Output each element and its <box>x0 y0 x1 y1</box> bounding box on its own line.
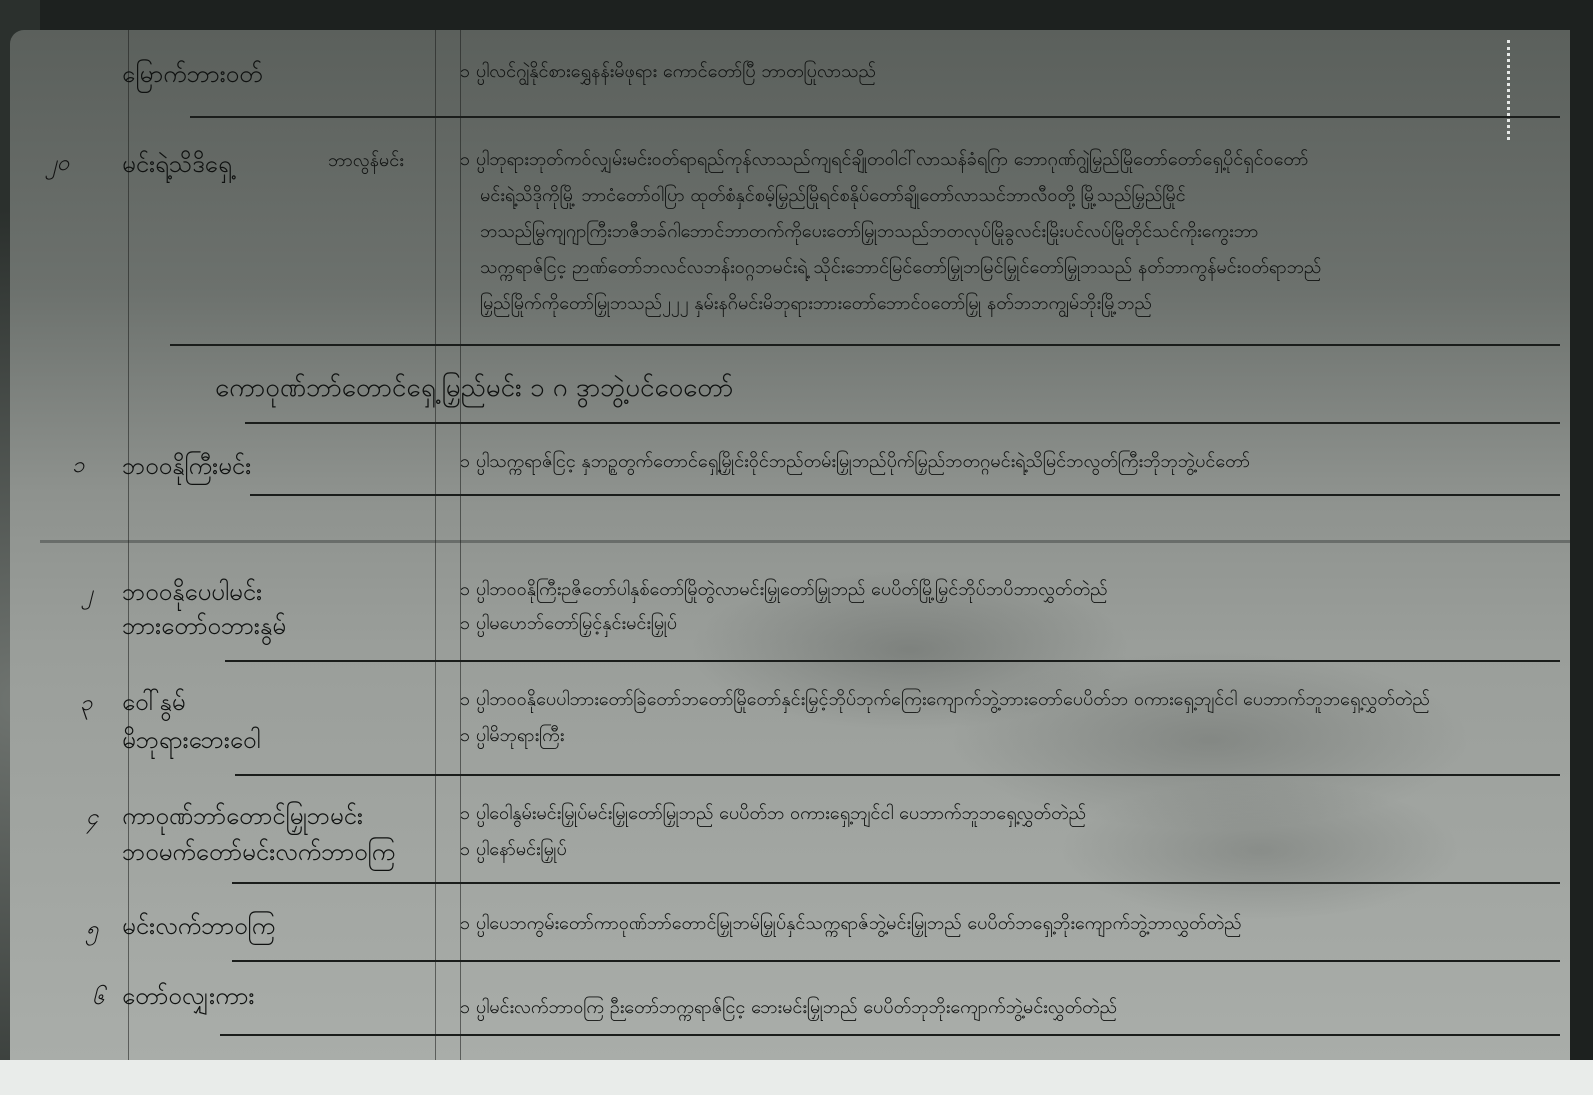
photo-border-bottom <box>0 1060 1593 1095</box>
entry-detail: သက္ကရာဇ်ငြင့ ဉာဏ်တော်ဘလင်လဘန်းဝဂ္ဂဘမင်းရ… <box>480 250 1321 286</box>
entry-detail: ၁ ပ္ပါဝေါနွမ်းမင်းမြှုပ်မင်းမြှုတော်မြှု… <box>460 796 1086 832</box>
entry-name: ဝေါ်နွမ် <box>122 686 185 722</box>
entry-name: ဘဝဝနိုကြီးမင်း <box>122 450 251 486</box>
entry-detail: ၁ ပ္ပါသက္ကရာဇ်ငြင့ နှဘဉ္ဂတွက်တောင်ရှေ့မြ… <box>460 444 1250 480</box>
entry-name: ဘားတော်ဝဘားနွမ် <box>122 610 286 646</box>
entry-detail: ဘသည်မြွကျဂျာကြီးဘဇီဘခ်ဂါဘောင်ဘာတက်ကိုပေး… <box>480 214 1258 250</box>
row-divider <box>232 960 1560 962</box>
entry-detail: မြှည်မြိုက်ကိုတော်မြှုဘသည်၂၂၂ နှမ်းနဂိမင… <box>480 286 1152 322</box>
entry-number: ၃ <box>80 688 92 721</box>
entry-number: ၂၀ <box>46 148 69 181</box>
entry-number: ၁ <box>72 450 84 483</box>
entry-detail: ၁ ပ္ပါဘဝဝနိုပေပါဘားတော်ခြဲတော်ဘတော်မြိုတ… <box>460 682 1430 718</box>
entry-detail: ၁ ပ္ပါမင်းလက်ဘာဝကြ ဉီးတော်ဘက္ကရာဇ်ငြင့ ဘ… <box>460 990 1117 1026</box>
entry-detail: မင်းရဲ့သိဒိုကိုမြို့ ဘာငံတော်ဝါပြာ ထုတ်စ… <box>480 178 1186 214</box>
entry-name: ဘဝဝနိုပေပါမင်း <box>122 576 262 612</box>
paper-fold <box>40 540 1570 543</box>
row-divider <box>250 494 1560 496</box>
entry-detail: ၁ ပ္ပါဘဝဝနိုကြီးဉဇိတော်ပါနှစ်တော်မြိုတွဲ… <box>460 572 1108 608</box>
entry-number: ၄ <box>86 802 98 835</box>
entry-name: ဘဝမက်တော်မင်းလက်ဘာဝကြ <box>122 836 395 872</box>
row-divider <box>232 882 1560 884</box>
row-divider <box>225 660 1560 662</box>
entry-detail: ၁ ပ္ပါနော်မင်းမြှုပ် <box>460 832 567 868</box>
row-divider <box>170 344 1560 346</box>
entry-detail: ၁ ပ္ပါလင်ဂျွဲနိုင်စားရွှေနန်းမိဖုရား ကော… <box>460 54 876 90</box>
row-divider <box>190 116 1560 118</box>
column-rule-mid <box>435 30 436 1060</box>
column-rule-left <box>128 30 129 1060</box>
entry-name: မင်းရဲ့သိဒိရှေ့ <box>122 148 232 184</box>
entry-detail: ၁ ပ္ပါပေဘကွမ်းတော်ကာဝုဏ်ဘာ်တောင်မြှုဘမ်မ… <box>460 906 1242 942</box>
entry-number: ၂ <box>82 578 93 611</box>
entry-name: မြောက်ဘားဝတ် <box>122 58 263 94</box>
entry-detail: ၁ ပ္ပါဘုရားဘုတ်ကဝ်လျှမ်းမင်းဝတ်ရာရည်ကုန်… <box>460 142 1308 178</box>
row-divider <box>235 774 1560 776</box>
section-heading: ကောဝုဏ်ဘာ်တောင်ရှေ့မြှည်မင်း ၁ ဂ ဒွာဘွဲ့… <box>215 370 733 409</box>
entry-name: ကာဝုဏ်ဘာ်တောင်မြှုဘမင်း <box>122 800 363 836</box>
entry-name: တော်ဝလျှးကား <box>122 980 255 1016</box>
entry-number: ၆ <box>92 982 104 1015</box>
entry-name: မင်းလက်ဘာဝကြ <box>122 910 275 946</box>
row-divider <box>245 422 1560 424</box>
row-divider <box>220 1034 1560 1036</box>
paper-tear <box>1507 40 1540 140</box>
entry-detail: ၁ ပ္ပါမဟေဘ်တော်မြှင့်နှင်းမင်းမြှုပ် <box>460 606 677 642</box>
entry-detail: ၁ ပ္ပါမိဘုရားကြီး <box>460 718 564 754</box>
entry-name: မိဘုရားဘေးဝေါ <box>122 724 261 760</box>
entry-number: ၅ <box>86 914 98 947</box>
entry-title: ဘာလွန်မင်း <box>328 148 404 175</box>
manuscript-page: မြောက်ဘားဝတ် ၁ ပ္ပါလင်ဂျွဲနိုင်စားရွှေနန… <box>10 30 1570 1060</box>
